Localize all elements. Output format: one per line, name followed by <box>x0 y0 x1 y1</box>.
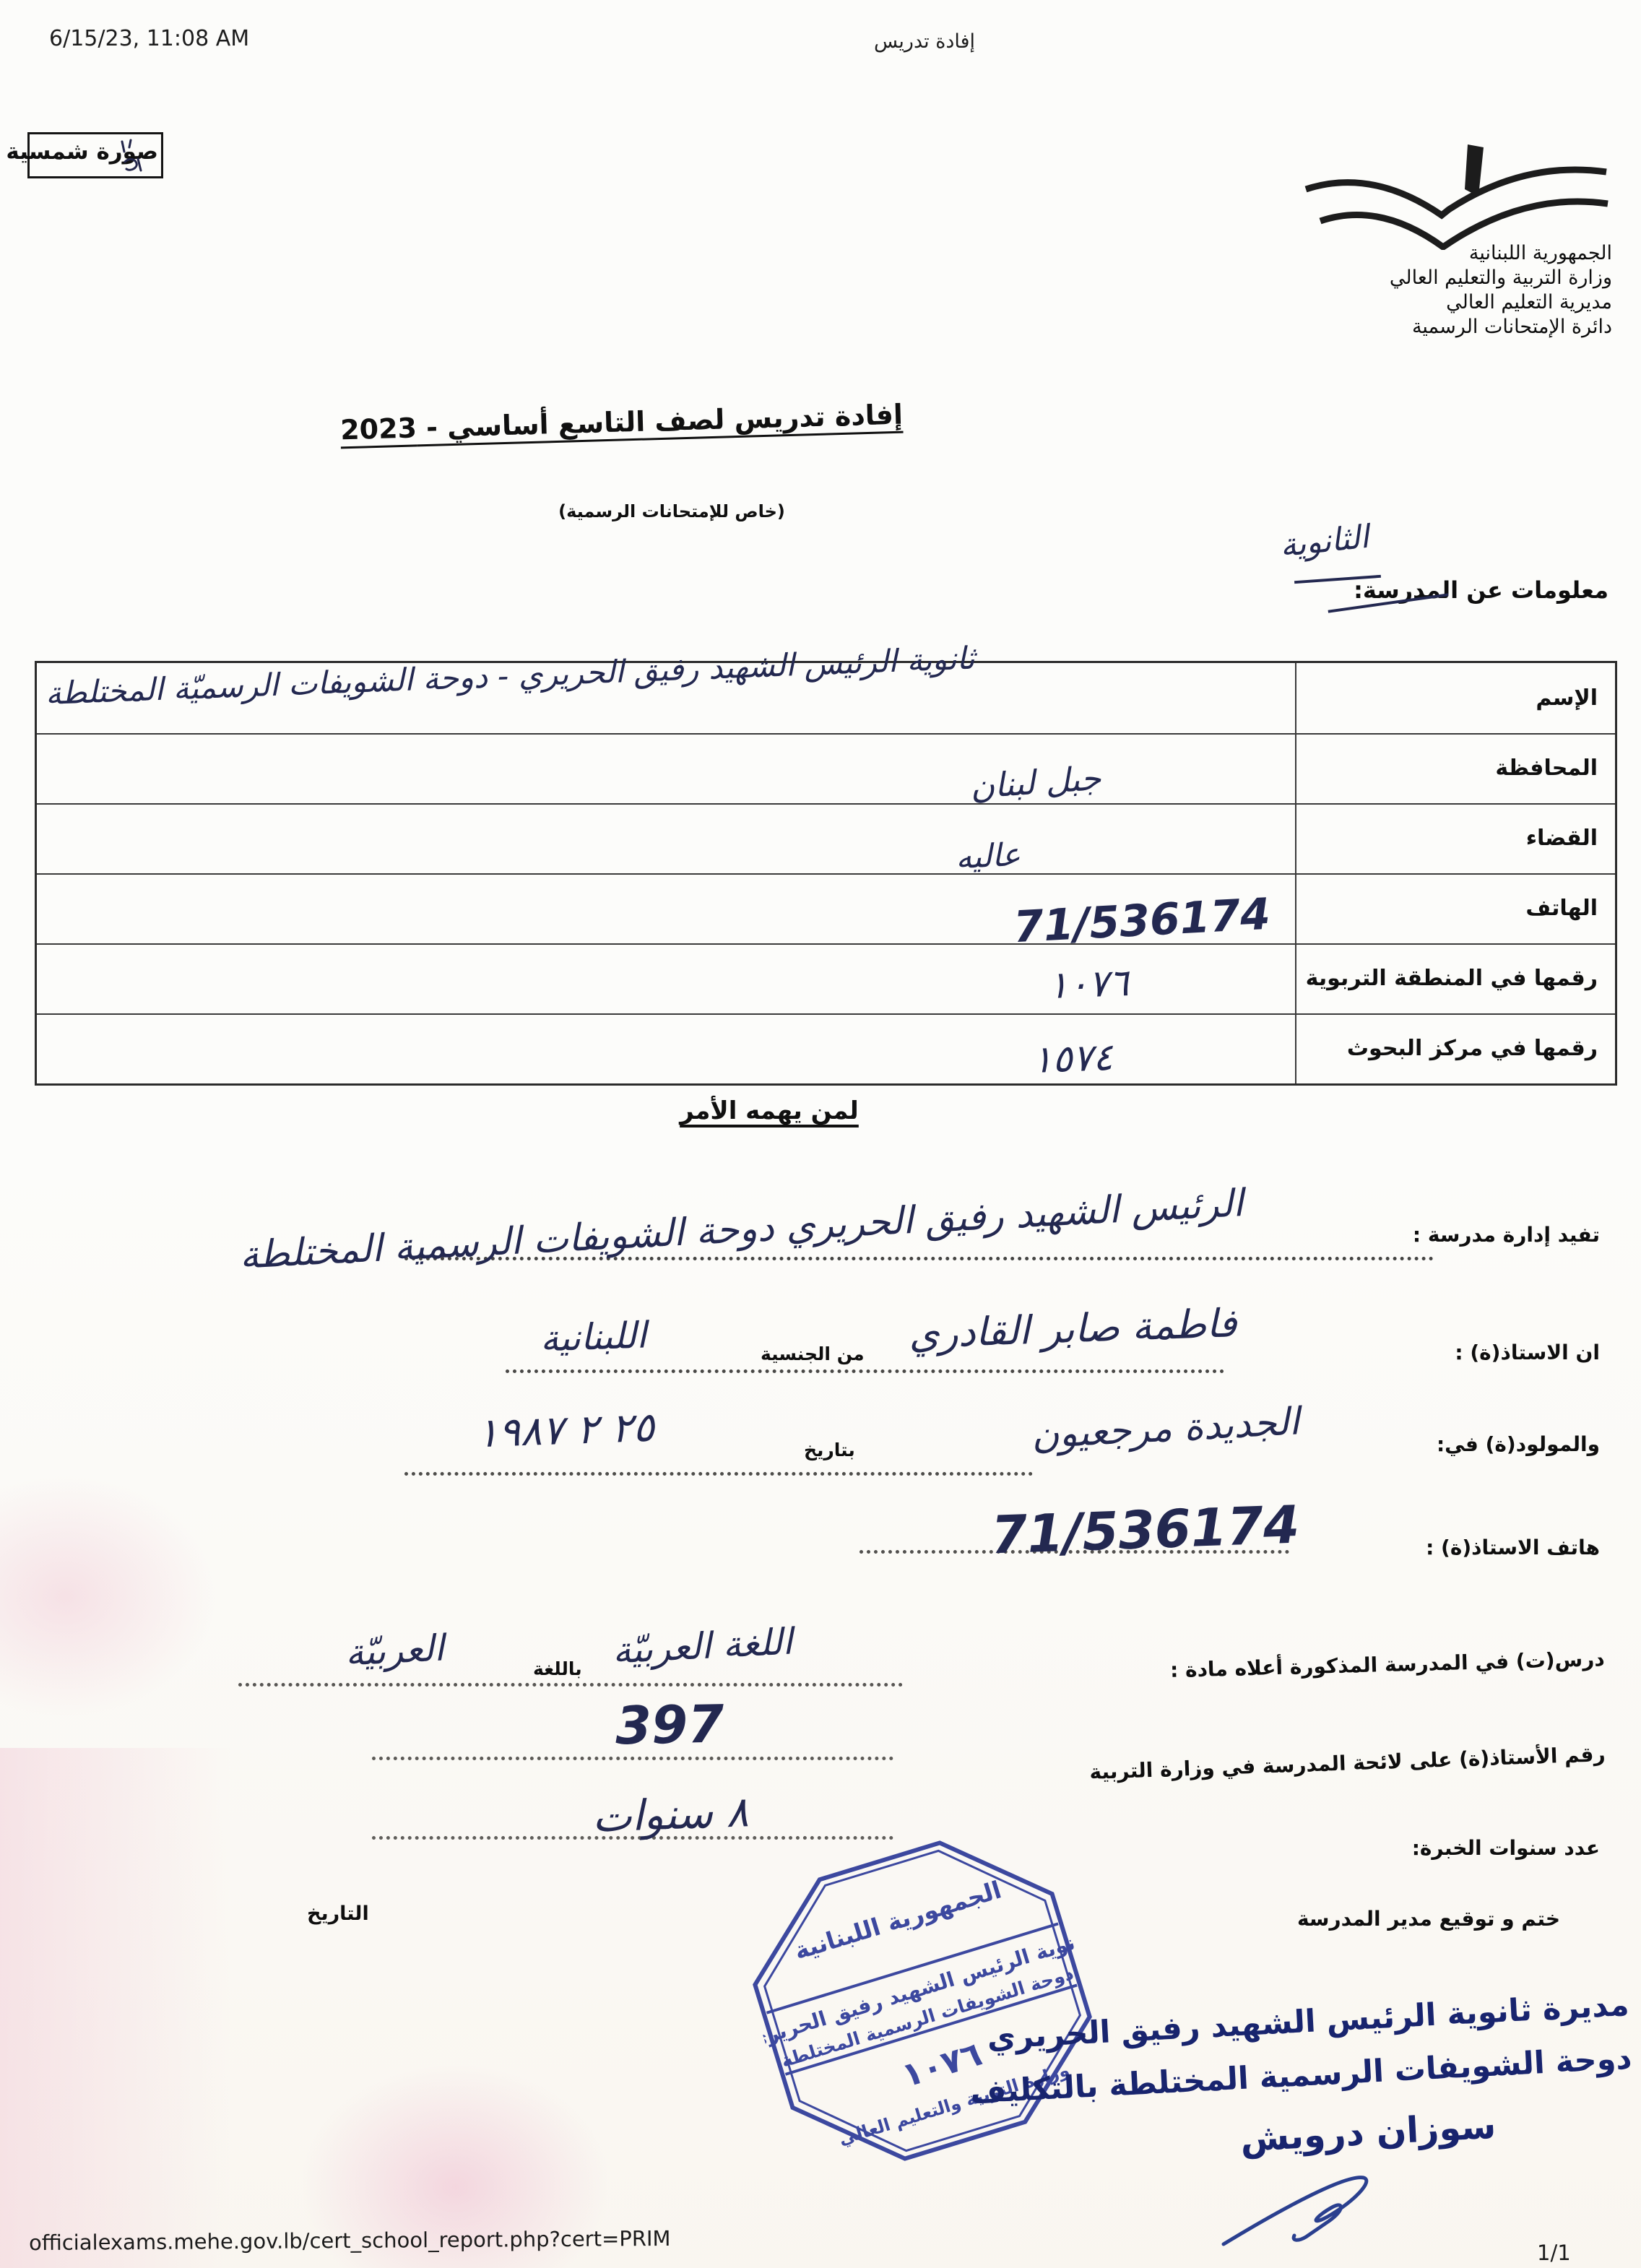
school-octagon-stamp: الجمهورية اللبنانية ثانوية الرئيس الشهيد… <box>722 1808 1122 2193</box>
table-value-district: عاليه <box>955 836 1021 877</box>
line2-label: ان الاستاذ(ة) : <box>1455 1341 1600 1364</box>
line2-handwritten-nationality: اللبنانية <box>540 1314 647 1359</box>
line5-handwritten-language: العربيّة <box>345 1627 446 1674</box>
ministry-line-republic: الجمهورية اللبنانية <box>1390 241 1612 266</box>
ministry-line-department: دائرة الإمتحانات الرسمية <box>1390 315 1612 339</box>
line3-label: والمولود(ة) في: <box>1437 1432 1600 1456</box>
school-info-section-label: معلومات عن المدرسة: <box>1354 576 1608 604</box>
date-label: التاريخ <box>307 1903 369 1925</box>
line3-mid-label: بتاريخ <box>804 1440 855 1460</box>
photo-box: صورة شمسية <box>27 132 163 178</box>
table-label-research-number: رقمها في مركز البحوث <box>1297 1013 1615 1083</box>
line1-label: تفيد إدارة مدرسة : <box>1413 1223 1600 1247</box>
table-value-research-number: ١٥٧٤ <box>1031 1036 1114 1082</box>
line8-label: ختم و توقيع مدير المدرسة <box>1297 1907 1560 1931</box>
director-signature <box>1213 2163 1408 2254</box>
certificate-title: إفادة تدريس لصف التاسع أساسي - 2023 <box>469 399 904 443</box>
dotted-line-5 <box>238 1683 903 1687</box>
table-column-divider <box>1295 663 1296 1083</box>
line3-handwritten-birthdate: ٢٥ ٢ ١٩٨٧ <box>476 1404 655 1458</box>
page-number: 1/1 <box>1537 2241 1571 2265</box>
school-info-table: الإسم المحافظة القضاء الهاتف رقمها في ال… <box>35 661 1617 1086</box>
dotted-line-2 <box>506 1369 1224 1373</box>
scan-tint-pink-left-mid <box>0 1473 217 1719</box>
ministry-titles: الجمهورية اللبنانية وزارة التربية والتعل… <box>1390 241 1612 339</box>
print-doc-title: إفادة تدريس <box>849 30 1000 53</box>
line4-handwritten-phone: 71/536174 <box>990 1494 1301 1566</box>
scan-tint-pink-left-bottom <box>0 1748 231 2268</box>
ministry-line-ministry: وزارة التربية والتعليم العالي <box>1390 266 1612 290</box>
line3-handwritten-birthplace: الجديدة مرجعيون <box>1031 1400 1301 1457</box>
table-value-district-number: ١٠٧٦ <box>1047 961 1130 1008</box>
line2-handwritten-name: فاطمة صابر القادري <box>908 1300 1237 1357</box>
director-stamp: مديرة ثانوية الرئيس الشهيد رفيق الحريري … <box>1094 1978 1636 2173</box>
ministry-line-directorate: مديرية التعليم العالي <box>1390 290 1612 315</box>
certificate-subtitle: (خاص للإمتحانات الرسمية) <box>549 501 794 521</box>
line4-label: هاتف الاستاذ(ة) : <box>1426 1536 1600 1559</box>
line5-label: درس(ت) في المدرسة المذكورة أعلاه مادة : <box>1170 1647 1605 1682</box>
line6-handwritten-number: 397 <box>615 1694 724 1757</box>
document-page: 6/15/23, 11:08 AM إفادة تدريس صورة شمسية… <box>0 0 1641 2268</box>
line1-handwritten-school: الرئيس الشهيد رفيق الحريري دوحة الشويفات… <box>238 1182 1244 1278</box>
table-label-district: القضاء <box>1297 803 1615 873</box>
table-label-name: الإسم <box>1297 663 1615 733</box>
handwritten-school-type: الثانوية <box>1278 519 1371 565</box>
footer-url: officialexams.mehe.gov.lb/cert_school_re… <box>29 2226 671 2255</box>
line6-label: رقم الأستاذ(ة) على لائحة المدرسة في وزار… <box>1088 1742 1605 1784</box>
to-whom-heading: لمن يهمه الأمر <box>650 1096 888 1125</box>
print-timestamp: 6/15/23, 11:08 AM <box>49 26 249 51</box>
table-value-governorate: جبل لبنان <box>969 758 1102 807</box>
table-label-phone: الهاتف <box>1297 873 1615 943</box>
table-label-governorate: المحافظة <box>1297 733 1615 803</box>
dotted-line-3 <box>404 1472 1033 1476</box>
line5-handwritten-subject: اللغة العربيّة <box>612 1621 794 1672</box>
ministry-logo <box>1300 142 1611 250</box>
line2-mid-label: من الجنسية <box>761 1343 865 1364</box>
dotted-line-6 <box>372 1757 893 1760</box>
line7-label: عدد سنوات الخبرة: <box>1412 1836 1600 1860</box>
line7-handwritten-years: ٨ سنوات <box>592 1787 750 1842</box>
line5-mid-label: باللغة <box>533 1658 582 1679</box>
table-value-name: ثانوية الرئيس الشهيد رفيق الحريري - دوحة… <box>45 641 976 712</box>
table-label-district-number: رقمها في المنطقة التربوية <box>1297 943 1615 1013</box>
ink-scribble <box>116 137 150 175</box>
